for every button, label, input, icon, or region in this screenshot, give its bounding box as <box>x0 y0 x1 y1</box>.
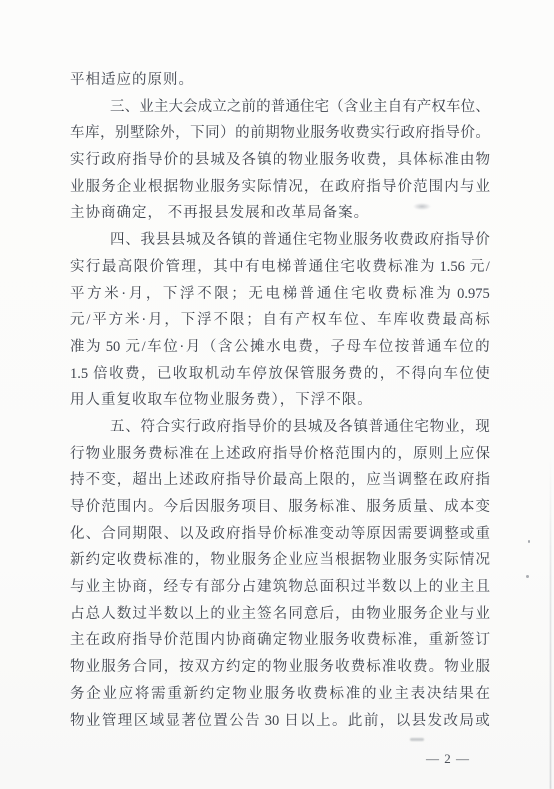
scan-smudge <box>410 738 424 741</box>
scan-smudge <box>413 203 431 210</box>
text-line: 化、合同期限、以及政府指导价标准变动等原因需要调整或重 <box>70 521 490 548</box>
text-line: 持不变，超出上述政府指导价最高上限的，应当调整在政府指 <box>70 467 490 494</box>
text-line: 行物业服务费标准在上述政府指导价格范围内的，原则上应保 <box>70 441 490 468</box>
text-line: 四、我县县城及各镇的普通住宅物业服务收费政府指导价 <box>70 227 490 254</box>
text-line: 物业管理区域显著位置公告 30 日以上。此前，以县发改局或 <box>70 708 490 735</box>
text-line: 五、符合实行政府指导价的县城及各镇普通住宅物业，现 <box>70 414 490 441</box>
text-line: 与业主协商，经专有部分占建筑物总面积过半数以上的业主且 <box>70 574 490 601</box>
text-line: 务企业应将需重新约定物业服务收费标准的业主表决结果在 <box>70 681 490 708</box>
text-line: 物业服务合同，按双方约定的物业服务收费标准收费。物业服 <box>70 654 490 681</box>
scan-speck <box>526 575 529 578</box>
text-line: 新约定收费标准的，物业服务企业应当根据物业服务实际情况 <box>70 547 490 574</box>
text-line: 车库，别墅除外，下同）的前期物业服务收费实行政府指导价。 <box>70 120 490 147</box>
text-line: 准为 50 元/车位·月（含公摊水电费，子母车位按普通车位的 <box>70 334 490 361</box>
scan-edge-line <box>550 455 552 789</box>
text-line: 导价范围内。今后因服务项目、服务标准、服务质量、成本变 <box>70 494 490 521</box>
scan-speck <box>528 540 530 543</box>
text-line: 三、业主大会成立之前的普通住宅（含业主自有产权车位、 <box>70 94 490 121</box>
document-text: 平相适应的原则。三、业主大会成立之前的普通住宅（含业主自有产权车位、车库，别墅除… <box>70 67 490 734</box>
text-line: 实行最高限价管理，其中有电梯普通住宅收费标准为 1.56 元/ <box>70 254 490 281</box>
text-line: 1.5 倍收费，已收取机动车停放保管服务费的，不得向车位使 <box>70 361 490 388</box>
text-line: 主在政府指导价范围内协商确定物业服务收费标准，重新签订 <box>70 627 490 654</box>
text-line: 业服务企业根据物业服务实际情况，在政府指导价范围内与业 <box>70 174 490 201</box>
text-line: 用人重复收取车位物业服务费），下浮不限。 <box>70 387 490 414</box>
text-line: 占总人数过半数以上的业主签名同意后，由物业服务企业与业 <box>70 601 490 628</box>
text-line: 平相适应的原则。 <box>70 67 490 94</box>
page-number: — 2 — <box>426 751 482 767</box>
text-line: 实行政府指导价的县城及各镇的物业服务收费，具体标准由物 <box>70 147 490 174</box>
text-line: 平方米·月，下浮不限；无电梯普通住宅收费标准为 0.975 <box>70 281 490 308</box>
text-line: 元/平方米·月，下浮不限；自有产权车位、车库收费最高标 <box>70 307 490 334</box>
document-page: 平相适应的原则。三、业主大会成立之前的普通住宅（含业主自有产权车位、车库，别墅除… <box>0 0 554 789</box>
